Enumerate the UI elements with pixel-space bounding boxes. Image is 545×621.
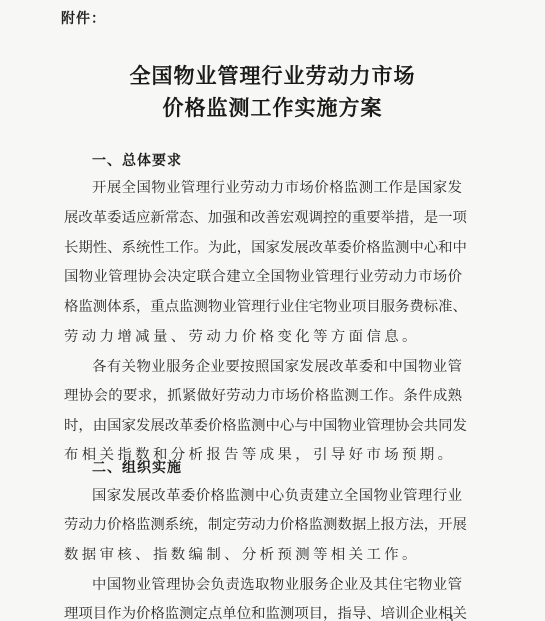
paragraph-line: 国物业管理协会决定联合建立全国物业管理行业劳动力市场价 <box>64 268 462 286</box>
paragraph-line: 格监测体系，重点监测物业管理行业住宅物业项目服务费标准、 <box>64 298 462 316</box>
attachment-label: 附件： <box>61 8 106 28</box>
paragraph-line: 长期性、系统性工作。为此，国家发展改革委价格监测中心和中 <box>64 239 462 257</box>
paragraph-line: 中国物业管理协会负责选取物业服务企业及其住宅物业管 <box>92 576 462 594</box>
paragraph-line: 理协会的要求，抓紧做好劳动力市场价格监测工作。条件成熟 <box>64 387 462 405</box>
paragraph-line: 展改革委适应新常态、加强和改善宏观调控的重要举措，是一项 <box>64 209 462 227</box>
paragraph-line: 开展全国物业管理行业劳动力市场价格监测工作是国家发 <box>92 179 462 197</box>
page-number: 3 <box>446 612 454 621</box>
paragraph-line: 劳动力价格监测系统，制定劳动力价格监测数据上报方法，开展 <box>64 516 462 534</box>
document-title-line-1: 全国物业管理行业劳动力市场 <box>0 60 545 90</box>
paragraph-line: 理项目作为价格监测定点单位和监测项目，指导、培训企业相关 <box>64 605 462 621</box>
paragraph-line: 数据审核、指数编制、分析预测等相关工作。 <box>64 546 462 564</box>
paragraph-line: 劳动力增减量、劳动力价格变化等方面信息。 <box>64 328 462 346</box>
document-page: 附件： 全国物业管理行业劳动力市场 价格监测工作实施方案 一、总体要求 开展全国… <box>0 0 545 621</box>
paragraph-line: 时，由国家发展改革委价格监测中心与中国物业管理协会共同发 <box>64 417 462 435</box>
document-title-line-2: 价格监测工作实施方案 <box>0 92 545 122</box>
paragraph-line: 各有关物业服务企业要按照国家发展改革委和中国物业管 <box>92 358 462 376</box>
paragraph-line: 国家发展改革委价格监测中心负责建立全国物业管理行业 <box>92 487 462 505</box>
section-heading-1: 一、总体要求 <box>92 150 182 170</box>
section-heading-2: 二、组织实施 <box>92 457 182 477</box>
